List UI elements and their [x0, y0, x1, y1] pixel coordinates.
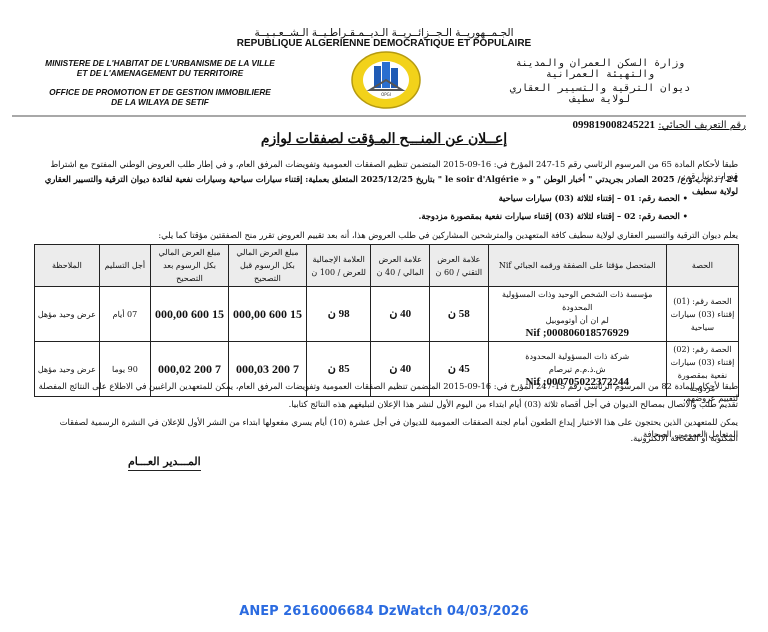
office-french-line2: DE LA WILAYA DE SETIF: [30, 97, 290, 107]
lot-text: الحصة رقم: 02 – إقتناء لثلاثة (03) إقتنا…: [418, 211, 679, 221]
table-intro: يعلم ديوان الترقية والتسيير العقاري لولا…: [30, 229, 738, 241]
office-french-line1: OFFICE DE PROMOTION ET DE GESTION IMMOBI…: [30, 87, 290, 97]
col-winner: المتحصل مؤقتا على الصفقة ورقمه الجبائي N…: [488, 245, 666, 287]
opgi-logo: OPGI: [350, 50, 422, 110]
office-arabic: ديوان الترقية والتسيير العقاري لولاية سط…: [470, 83, 730, 105]
col-amount-after: مبلغ العرض المالي بكل الرسوم بعد التصحيح: [151, 245, 229, 287]
col-financial: علامة العرض المالي / 40 ن: [371, 245, 430, 287]
cell-note: عرض وحيد مؤهل: [35, 287, 100, 342]
cell-technical: 58 ن: [430, 287, 489, 342]
office-french: OFFICE DE PROMOTION ET DE GESTION IMMOBI…: [30, 87, 290, 107]
office-arabic-line1: ديوان الترقية والتسيير العقاري: [470, 83, 730, 94]
office-arabic-line2: لولاية سطيف: [470, 94, 730, 105]
table-row: الحصة رقم: (01) إقتناء (03) سيارات سياحي…: [35, 287, 739, 342]
ministry-arabic-line1: وزارة السكن العمران والمدينة: [470, 58, 730, 69]
lot-item-2: • الحصة رقم: 02 – إقتناء لثلاثة (03) إقت…: [418, 211, 688, 221]
cell-financial: 40 ن: [371, 287, 430, 342]
cell-amount-before: 15 600 000,00: [228, 287, 306, 342]
winner-name: شركة ذات المسؤولية المحدودة: [491, 350, 664, 363]
ministry-arabic-line2: والتهيئة العمرانية: [470, 69, 730, 80]
ministry-french-line1: MINISTERE DE L'HABITAT DE L'URBANISME DE…: [30, 58, 290, 68]
ministry-french-line2: ET DE L'AMENAGEMENT DU TERRITOIRE: [30, 68, 290, 78]
results-table: الحصة المتحصل مؤقتا على الصفقة ورقمه الج…: [34, 244, 739, 397]
cell-total: 98 ن: [306, 287, 371, 342]
col-lot: الحصة: [666, 245, 738, 287]
cell-lot: الحصة رقم: (01) إقتناء (03) سيارات سياحي…: [666, 287, 738, 342]
winner-name: مؤسسة ذات الشخص الوحيد وذات المسؤولية ال…: [491, 288, 664, 314]
winner-trade-name: ش.ذ.م.م تيرصام: [491, 363, 664, 376]
lot-text: الحصة رقم: 01 – إقتناء لثلاثة (03) سيارا…: [499, 193, 680, 203]
footer-reference: ANEP 2616006684 DzWatch 04/03/2026: [0, 604, 768, 619]
cell-amount-after: 15 600 000,00: [151, 287, 229, 342]
col-technical: علامة العرض التقني / 60 ن: [430, 245, 489, 287]
cell-winner: مؤسسة ذات الشخص الوحيد وذات المسؤولية ال…: [488, 287, 666, 342]
col-delivery: أجل التسليم: [99, 245, 150, 287]
winner-nif: Nif ;000806018576929: [491, 327, 664, 340]
col-note: الملاحظة: [35, 245, 100, 287]
cell-delivery: 07 أيام: [99, 287, 150, 342]
col-amount-before: مبلغ العرض المالي بكل الرسوم قبل التصحيح: [228, 245, 306, 287]
page-title: إعــلان عن المنـــح المـؤقت لصفقات لوازم: [0, 130, 768, 147]
table-header-row: الحصة المتحصل مؤقتا على الصفقة ورقمه الج…: [35, 245, 739, 287]
winner-trade-name: لم ان أن أوتوموبيل: [491, 314, 664, 327]
col-total: العلامة الإجمالية للعرض / 100 ن: [306, 245, 371, 287]
ministry-french: MINISTERE DE L'HABITAT DE L'URBANISME DE…: [30, 58, 290, 78]
header-divider: [12, 115, 746, 117]
signature: المـــدير العـــام: [128, 455, 201, 471]
closing-p2: تقديم طلب والاتصال بمصالح الديوان في أجل…: [30, 398, 738, 410]
ministry-arabic: وزارة السكن العمران والمدينة والتهيئة ال…: [470, 58, 730, 80]
lot-item-1: • الحصة رقم: 01 – إقتناء لثلاثة (03) سيا…: [499, 193, 688, 203]
closing-p4: المكتوبة أو الصحافة الالكترونية.: [30, 432, 738, 444]
svg-text:OPGI: OPGI: [381, 92, 391, 97]
republic-french: REPUBLIQUE ALGERIENNE DEMOCRATIQUE ET PO…: [0, 38, 768, 49]
